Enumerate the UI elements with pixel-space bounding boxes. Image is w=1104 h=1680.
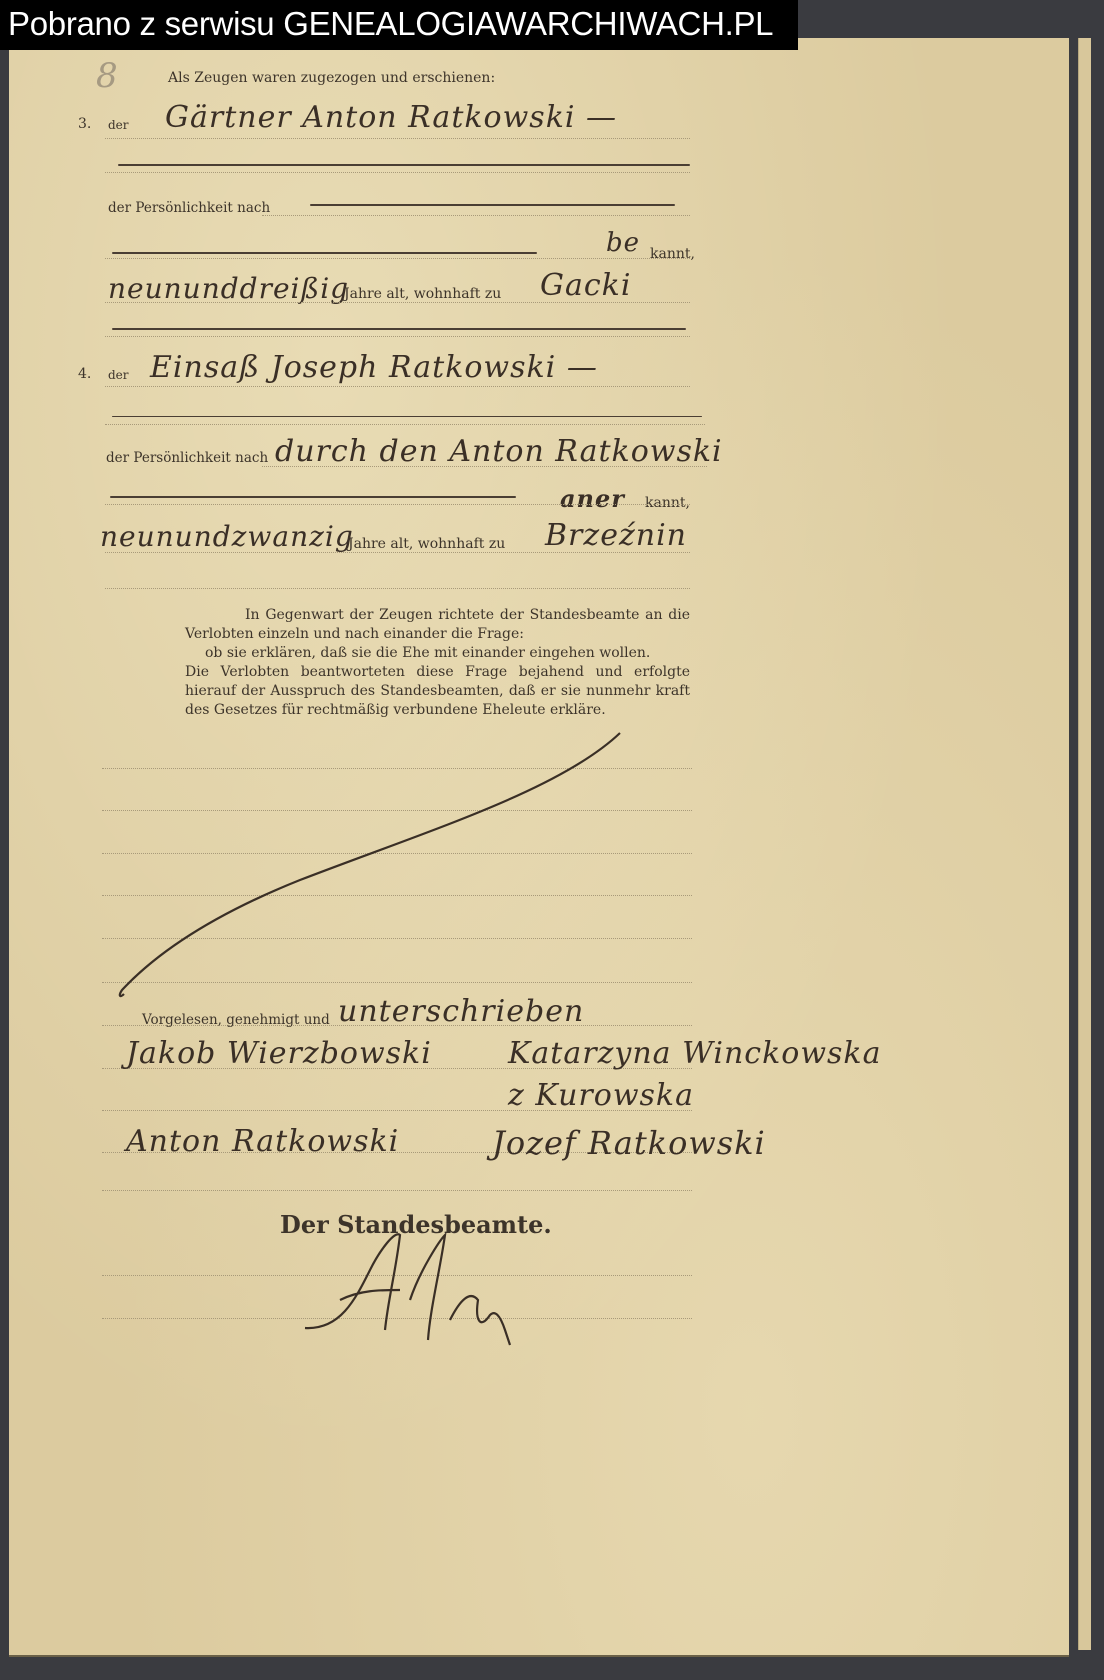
cancellation-stroke [0, 0, 1104, 1680]
signature-2b: z Kurowska [508, 1078, 694, 1113]
official-signature: Kühn [520, 1290, 527, 1291]
official-title: Der Standesbeamte. [280, 1210, 552, 1239]
signature-2: Katarzyna Winckowska [508, 1036, 881, 1071]
official-signature-stroke [305, 1234, 510, 1345]
read-value: unterschrieben [338, 994, 584, 1029]
signature-3: Anton Ratkowski [126, 1124, 399, 1159]
signature-4: Jozef Ratkowski [492, 1124, 766, 1162]
read-label: Vorgelesen, genehmigt und [142, 1012, 330, 1028]
signature-1: Jakob Wierzbowski [126, 1036, 432, 1071]
